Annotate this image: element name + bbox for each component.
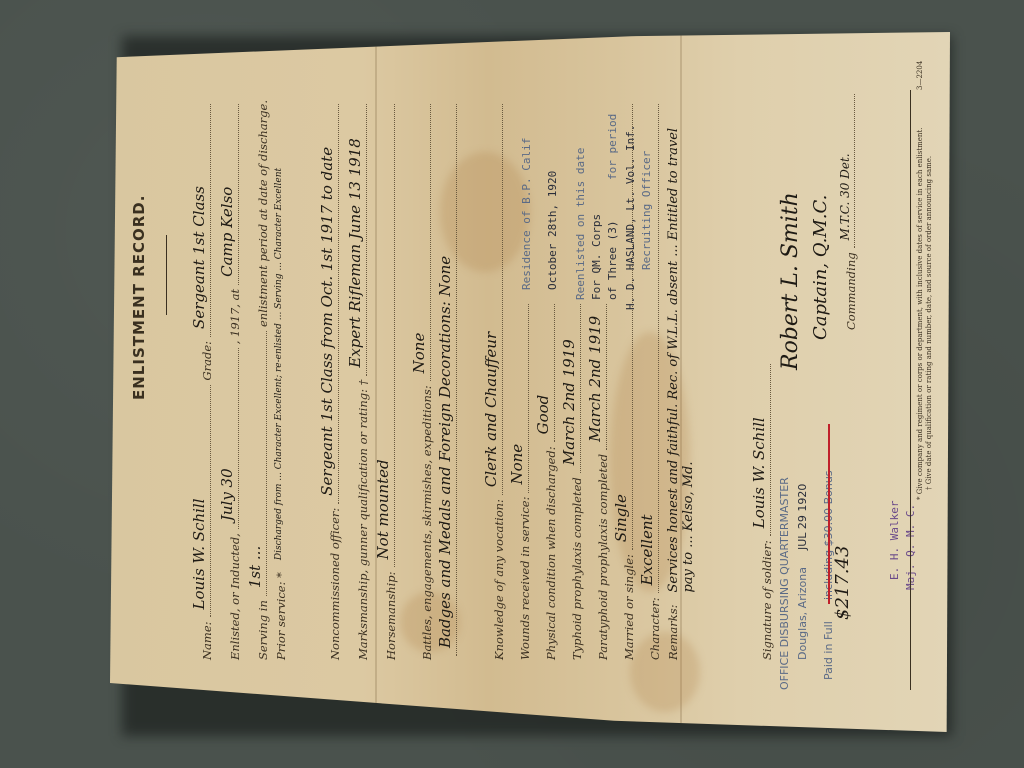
paratyphoid-row: Paratyphoid prophylaxis completed March … [586,300,610,660]
footnote-1: * Give company and regiment or corps or … [916,128,924,500]
badges-value: Badges and Medals and Foreign Decoration… [436,256,454,648]
wounds-label: Wounds received in service: [518,497,532,660]
paratyphoid-value: March 2nd 1919 [586,316,604,442]
disbursing-stamp-office: OFFICE DISBURSING QUARTERMASTER [778,477,791,690]
serving-suffix: enlistment period at date of discharge. [256,100,270,327]
enlisted-place: Camp Kelso [218,187,236,277]
nco-value: Sergeant 1st Class from Oct. 1st 1917 to… [318,147,336,496]
stamp-date: October 28th, 1920 [546,171,559,290]
character-value: Excellent [638,514,656,585]
grade-value: Sergeant 1st Class [190,186,208,329]
serving-label: Serving in [256,600,270,660]
battles-label: Battles, engagements, skirmishes, expedi… [420,385,434,660]
enlisted-label: Enlisted, or Inducted, [228,533,242,660]
vocation-row: Knowledge of any vocation: Clerk and Cha… [482,100,506,660]
enlisted-year: , 1917 [228,308,242,345]
document-title: ENLISTMENT RECORD. [130,160,148,400]
nco-row: Noncommissioned officer: Sergeant 1st Cl… [318,100,342,660]
horsemanship-label: Horsemanship: [384,571,398,660]
prior-service-label: Prior service: * [274,572,288,660]
enlisted-date: July 30 [218,468,236,521]
soldier-signature-row: Signature of soldier: Louis W. Schill [750,360,774,660]
serving-row: Serving in 1st ... enlistment period at … [246,100,270,660]
disbursing-stamp-place: Douglas, Arizona [796,567,809,660]
marksmanship-row: Marksmanship, gunner qualification or ra… [346,100,370,660]
nco-label: Noncommissioned officer: [328,508,342,660]
marksmanship-label: Marksmanship, gunner qualification or ra… [356,380,370,660]
stamp-officer-title: Recruiting Officer [640,151,653,270]
battles-row: Battles, engagements, skirmishes, expedi… [410,100,434,660]
remarks-row: Remarks: Services honest and faithful. R… [666,100,716,660]
physical-value: Good [534,395,552,435]
red-strikethrough [828,424,830,604]
typhoid-row: Typhoid prophylaxis completed March 2nd … [560,300,584,660]
vocation-label: Knowledge of any vocation: [492,499,506,660]
typhoid-label: Typhoid prophylaxis completed [570,477,584,660]
badges-row: Badges and Medals and Foreign Decoration… [436,100,460,660]
prior-service-value: Discharged from ... Character Excellent;… [274,120,284,560]
vocation-value: Clerk and Chauffeur [482,332,500,487]
form-number: 3—2204 [916,61,924,90]
stamp-term: of Three (3) [606,221,619,300]
horsemanship-value: Not mounted [374,459,392,559]
commanding-label: Commanding [844,252,858,330]
character-label: Character: [648,597,662,660]
horsemanship-row: Horsemanship: Not mounted [374,100,398,660]
stamp-reenlisted: Reenlisted on this date [574,148,587,300]
stamp-officer-name: H. D. HASLAND, Lt. Vol. Inf. [624,125,637,310]
enlisted-at-label: , at [228,289,242,308]
commanding-unit: M.T.C. 30 Det. [838,153,852,240]
remarks-value: Services honest and faithful. Rec. of W.… [666,113,696,593]
name-row: Name: Louis W. Schill Grade: Sergeant 1s… [190,100,214,660]
battles-value: None [410,333,428,374]
marksmanship-value: Expert Rifleman June 13 1918 [346,138,364,367]
married-value: Single [612,494,630,542]
typhoid-value: March 2nd 1919 [560,339,578,465]
physical-row: Physical condition when discharged: Good [534,300,558,660]
grade-label: Grade: [200,341,214,381]
paratyphoid-label: Paratyphoid prophylaxis completed [596,454,610,660]
wounds-value: None [508,444,526,485]
payer-name: E. H. Walker [888,501,901,580]
footer-rule [910,90,911,690]
stamp-period: for period [606,114,619,180]
serving-value: 1st ... [246,546,264,588]
prior-service-row: Prior service: * Discharged from ... Cha… [274,100,314,660]
name-value: Louis W. Schill [190,499,208,610]
wounds-row: Wounds received in service: None [508,300,532,660]
footnote-2: † Give date of qualification or rating a… [925,156,933,490]
stamp-residence: Residence of B.P. Calif [520,138,533,290]
paid-label: Paid in Full [822,621,835,680]
stamp-corps: For QM. Corps [590,214,603,300]
soldier-signature-value: Louis W. Schill [750,417,768,528]
remarks-label: Remarks: [666,605,680,660]
enlisted-row: Enlisted, or Inducted, July 30 , 1917 , … [218,100,242,660]
disbursing-stamp-date: JUL 29 1920 [796,484,809,550]
soldier-signature-label: Signature of soldier: [760,540,774,660]
married-label: Married or single: [622,554,636,660]
commanding-row: Commanding M.T.C. 30 Det. [834,90,858,330]
physical-label: Physical condition when discharged: [544,446,558,660]
enlistment-form: ENLISTMENT RECORD. Name: Louis W. Schill… [110,50,950,700]
title-rule [166,235,167,315]
name-label: Name: [200,621,214,660]
